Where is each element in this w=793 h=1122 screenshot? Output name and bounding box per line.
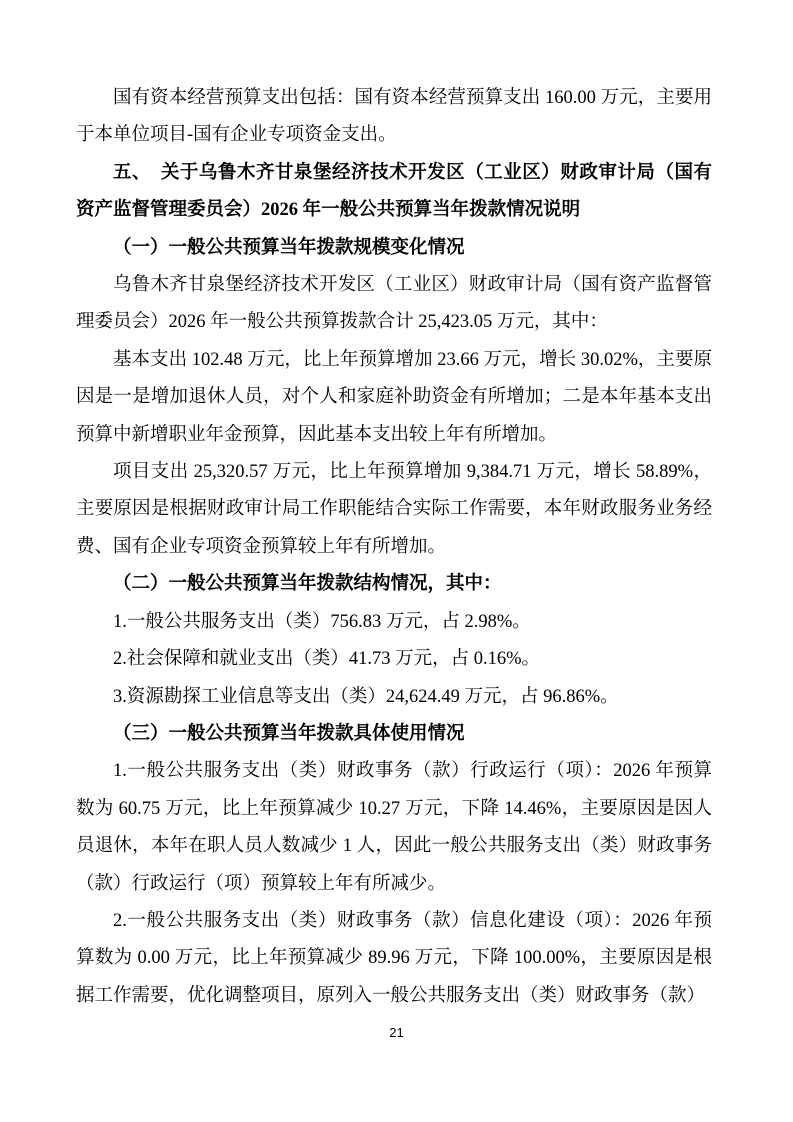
document-page: 国有资本经营预算支出包括：国有资本经营预算支出 160.00 万元，主要用于本单… bbox=[0, 0, 793, 1122]
subheading-allocation-scale-change: （一）一般公共预算当年拨款规模变化情况 bbox=[76, 230, 712, 267]
paragraph-admin-operation-item: 1.一般公共服务支出（类）财政事务（款）行政运行（项）：2026 年预算数为 6… bbox=[76, 753, 712, 903]
list-item-general-public-services: 1.一般公共服务支出（类）756.83 万元，占 2.98%。 bbox=[76, 604, 712, 641]
paragraph-total-allocation: 乌鲁木齐甘泉堡经济技术开发区（工业区）财政审计局（国有资产监督管理委员会）202… bbox=[76, 267, 712, 342]
paragraph-soe-capital-budget: 国有资本经营预算支出包括：国有资本经营预算支出 160.00 万元，主要用于本单… bbox=[76, 80, 712, 155]
list-item-social-security-employment: 2.社会保障和就业支出（类）41.73 万元，占 0.16%。 bbox=[76, 641, 712, 678]
subheading-specific-usage: （三）一般公共预算当年拨款具体使用情况 bbox=[76, 716, 712, 753]
paragraph-basic-expenditure: 基本支出 102.48 万元，比上年预算增加 23.66 万元，增长 30.02… bbox=[76, 342, 712, 454]
paragraph-project-expenditure: 项目支出 25,320.57 万元，比上年预算增加 9,384.71 万元，增长… bbox=[76, 454, 712, 566]
subheading-allocation-structure: （二）一般公共预算当年拨款结构情况，其中： bbox=[76, 566, 712, 603]
paragraph-informatization-item: 2.一般公共服务支出（类）财政事务（款）信息化建设（项）：2026 年预算数为 … bbox=[76, 903, 712, 1015]
list-item-resource-exploration: 3.资源勘探工业信息等支出（类）24,624.49 万元，占 96.86%。 bbox=[76, 679, 712, 716]
heading-section-five: 五、 关于乌鲁木齐甘泉堡经济技术开发区（工业区）财政审计局（国有资产监督管理委员… bbox=[76, 155, 712, 230]
document-content: 国有资本经营预算支出包括：国有资本经营预算支出 160.00 万元，主要用于本单… bbox=[76, 80, 712, 1015]
page-footer: 21 bbox=[0, 1024, 793, 1042]
page-number: 21 bbox=[389, 1025, 403, 1040]
